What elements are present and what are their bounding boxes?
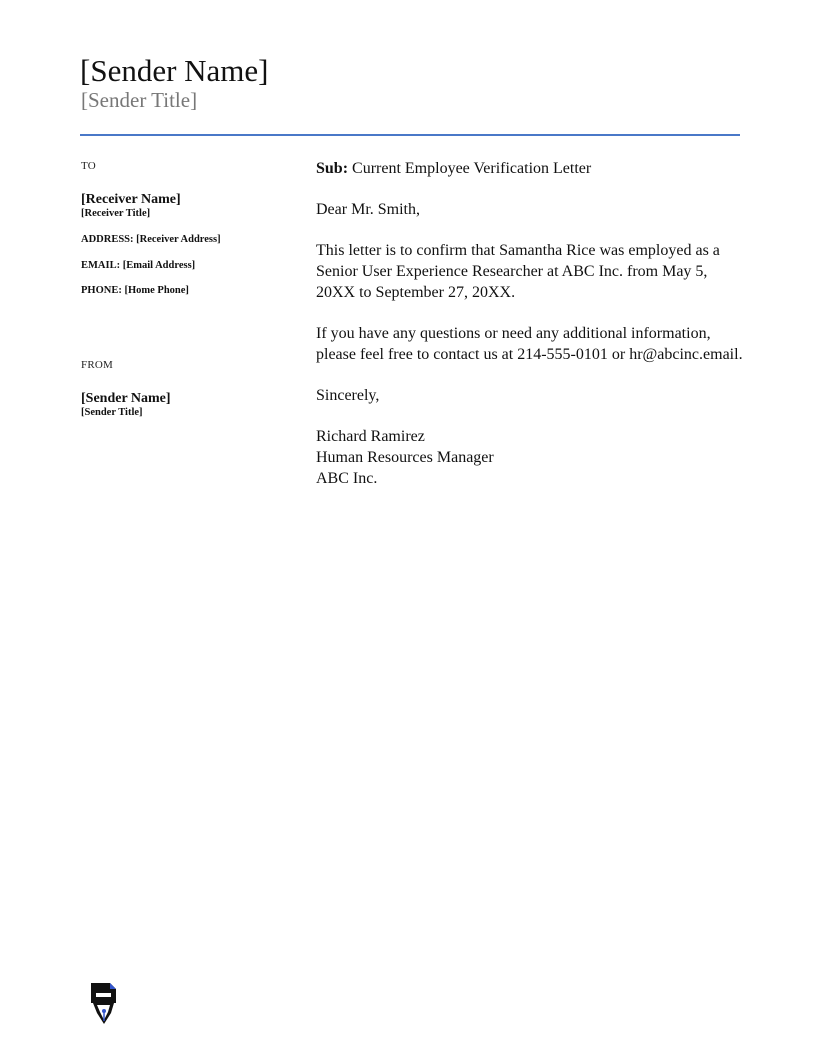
subject-text: Current Employee Verification Letter [348, 160, 591, 177]
header-divider [80, 134, 740, 136]
to-label: TO [81, 160, 291, 172]
receiver-email: EMAIL: [Email Address] [81, 260, 291, 273]
from-sender-name: [Sender Name] [81, 392, 291, 407]
from-sender-title: [Sender Title] [81, 407, 291, 420]
from-label: FROM [81, 359, 291, 371]
receiver-name: [Receiver Name] [81, 193, 291, 208]
document-pen-nib-icon [89, 981, 119, 1026]
signer-name: Richard Ramirez [316, 426, 746, 447]
receiver-address: ADDRESS: [Receiver Address] [81, 234, 291, 247]
paragraph-confirmation: This letter is to confirm that Samantha … [316, 240, 746, 303]
signer-company: ABC Inc. [316, 468, 746, 489]
receiver-title: [Receiver Title] [81, 208, 291, 221]
recipient-sidebar: TO [Receiver Name] [Receiver Title] ADDR… [81, 160, 291, 419]
sender-title-heading: [Sender Title] [81, 89, 197, 112]
subject-label: Sub: [316, 160, 348, 177]
letter-body: Sub: Current Employee Verification Lette… [316, 158, 746, 489]
sender-name-heading: [Sender Name] [80, 54, 269, 88]
receiver-phone: PHONE: [Home Phone] [81, 285, 291, 298]
paragraph-contact: If you have any questions or need any ad… [316, 323, 746, 365]
salutation: Dear Mr. Smith, [316, 199, 746, 220]
closing: Sincerely, [316, 385, 746, 406]
subject-line: Sub: Current Employee Verification Lette… [316, 158, 746, 179]
signer-title: Human Resources Manager [316, 447, 746, 468]
signature-block: Richard Ramirez Human Resources Manager … [316, 426, 746, 489]
